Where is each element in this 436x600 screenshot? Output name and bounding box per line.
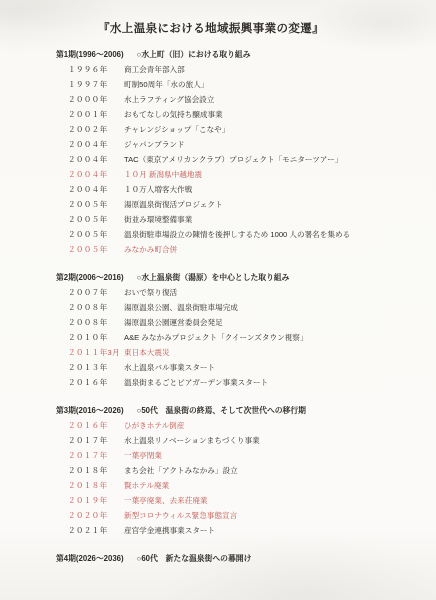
timeline-row: ２０１９年一葉亭廃業、去来荘廃業: [68, 493, 422, 508]
event-text: 水上温泉リノベーションまちづくり事業: [124, 433, 260, 448]
scanned-document-page: 『水上温泉における地域振興事業の変遷』 第1期(1996～2006)○水上町（旧…: [0, 0, 436, 600]
timeline-row: ２０１８年賢ホテル廃業: [68, 478, 422, 493]
year-label: ２０１７年: [68, 448, 116, 463]
timeline-row: １９９６年商工会青年部入部: [68, 62, 422, 77]
event-text: 賢ホテル廃業: [124, 478, 169, 493]
event-text: １０万人増客大作戦: [124, 182, 192, 197]
event-text: １０月 新潟県中越地震: [124, 167, 202, 182]
timeline-row: ２０１８年まち会社「アクトみなかみ」設立: [68, 463, 422, 478]
timeline-row: ２０１６年ひがきホテル倒産: [68, 418, 422, 433]
timeline-row: ２０１３年水上温泉バル事業スタート: [68, 360, 422, 375]
timeline-row: ２０１０年A&E みなかみプロジェクト「クイーンズタウン視察」: [68, 330, 422, 345]
timeline-row: ２００１年おもてなしの気持ち醸成事業: [68, 107, 422, 122]
event-text: 温泉街駐車場設立の陳情を後押しするため 1000 人の署名を集める: [124, 227, 350, 242]
event-text: 一葉亭閉業: [124, 448, 162, 463]
year-label: ２００４年: [68, 152, 116, 167]
section-heading: 第3期(2016～2026)○50代 温泉街の終焉、そして次世代への移行期: [56, 404, 422, 418]
section-label: ○水上町（旧）における取り組み: [137, 50, 251, 59]
event-text: 湯原温泉街復活プロジェクト: [124, 197, 223, 212]
timeline-row: ２００５年みなかみ町合併: [68, 242, 422, 257]
event-text: TAC（東京アメリカンクラブ）プロジェクト「モニターツアー」: [124, 152, 342, 167]
timeline-row: ２００４年１０万人増客大作戦: [68, 182, 422, 197]
year-label: ２００５年: [68, 212, 116, 227]
timeline-row: ２０１１年3月東日本大震災: [68, 345, 422, 360]
year-label: １９９６年: [68, 62, 116, 77]
timeline-row: １９９７年町制50周年「水の旅人」: [68, 77, 422, 92]
timeline-row: ２００５年湯原温泉街復活プロジェクト: [68, 197, 422, 212]
event-text: 温泉街まるごとビアガーデン事業スタート: [124, 375, 268, 390]
year-label: ２０１１年3月: [68, 345, 116, 360]
year-label: ２００４年: [68, 137, 116, 152]
timeline-row: ２０００年水上ラフティング協会設立: [68, 92, 422, 107]
timeline-row: ２００４年TAC（東京アメリカンクラブ）プロジェクト「モニターツアー」: [68, 152, 422, 167]
timeline-section: 第2期(2006～2016)○水上温泉街（湯原）を中心とした取り組み２００７年お…: [68, 271, 422, 390]
event-text: 商工会青年部入部: [124, 62, 185, 77]
year-label: ２０２１年: [68, 523, 116, 538]
year-label: ２０１０年: [68, 330, 116, 345]
timeline-row: ２００５年温泉街駐車場設立の陳情を後押しするため 1000 人の署名を集める: [68, 227, 422, 242]
section-period: 第2期(2006～2016): [56, 273, 124, 282]
year-label: ２００５年: [68, 197, 116, 212]
section-period: 第4期(2026～2036): [56, 554, 124, 563]
event-text: まち会社「アクトみなかみ」設立: [124, 463, 238, 478]
event-text: 湯原温泉公園運営委員会発足: [124, 315, 223, 330]
event-text: 東日本大震災: [124, 345, 170, 360]
event-text: ひがきホテル倒産: [124, 418, 184, 433]
year-label: １９９７年: [68, 77, 116, 92]
year-label: ２０１７年: [68, 433, 116, 448]
section-label: ○60代 新たな温泉街への幕開け: [137, 554, 252, 563]
year-label: ２００４年: [68, 182, 116, 197]
event-text: 湯原温泉公園、温泉街駐車場完成: [124, 300, 238, 315]
event-text: A&E みなかみプロジェクト「クイーンズタウン視察」: [124, 330, 307, 345]
event-text: ジャパンブランド: [124, 137, 185, 152]
year-label: ２０１３年: [68, 360, 116, 375]
year-label: ２０１８年: [68, 478, 116, 493]
event-text: 水上温泉バル事業スタート: [124, 360, 215, 375]
section-period: 第3期(2016～2026): [56, 406, 124, 415]
event-text: 新型コロナウィルス緊急事態宣言: [124, 508, 237, 523]
section-heading: 第2期(2006～2016)○水上温泉街（湯原）を中心とした取り組み: [56, 271, 422, 285]
timeline-row: ２０２１年産官学金連携事業スタート: [68, 523, 422, 538]
year-label: ２００５年: [68, 227, 116, 242]
timeline: 第1期(1996～2006)○水上町（旧）における取り組み１９９６年商工会青年部…: [68, 48, 422, 566]
timeline-row: ２００８年湯原温泉公園、温泉街駐車場完成: [68, 300, 422, 315]
year-label: ２０１６年: [68, 418, 116, 433]
year-label: ２０１８年: [68, 463, 116, 478]
year-label: ２００７年: [68, 285, 116, 300]
timeline-row: ２０１７年水上温泉リノベーションまちづくり事業: [68, 433, 422, 448]
year-label: ２０１９年: [68, 493, 116, 508]
event-text: 産官学金連携事業スタート: [124, 523, 215, 538]
year-label: ２０２０年: [68, 508, 116, 523]
event-text: みなかみ町合併: [124, 242, 177, 257]
event-text: おいで祭り復活: [124, 285, 177, 300]
year-label: ２００１年: [68, 107, 116, 122]
event-text: 一葉亭廃業、去来荘廃業: [124, 493, 208, 508]
year-label: ２００８年: [68, 300, 116, 315]
year-label: ２００４年: [68, 167, 116, 182]
event-text: おもてなしの気持ち醸成事業: [124, 107, 223, 122]
timeline-row: ２０１７年一葉亭閉業: [68, 448, 422, 463]
year-label: ２００５年: [68, 242, 116, 257]
event-text: 水上ラフティング協会設立: [124, 92, 214, 107]
timeline-section: 第1期(1996～2006)○水上町（旧）における取り組み１９９６年商工会青年部…: [68, 48, 422, 257]
year-label: ２００２年: [68, 122, 116, 137]
timeline-row: ２００２年チャレンジショップ「こなや」: [68, 122, 422, 137]
event-text: チャレンジショップ「こなや」: [124, 122, 229, 137]
timeline-row: ２００４年ジャパンブランド: [68, 137, 422, 152]
timeline-row: ２００７年おいで祭り復活: [68, 285, 422, 300]
section-period: 第1期(1996～2006): [56, 50, 124, 59]
event-text: 町制50周年「水の旅人」: [124, 77, 208, 92]
section-label: ○水上温泉街（湯原）を中心とした取り組み: [137, 273, 290, 282]
section-label: ○50代 温泉街の終焉、そして次世代への移行期: [137, 406, 306, 415]
timeline-row: ２０２０年新型コロナウィルス緊急事態宣言: [68, 508, 422, 523]
timeline-section: 第3期(2016～2026)○50代 温泉街の終焉、そして次世代への移行期２０１…: [68, 404, 422, 538]
timeline-row: ２００８年湯原温泉公園運営委員会発足: [68, 315, 422, 330]
timeline-row: ２００５年街並み環境整備事業: [68, 212, 422, 227]
event-text: 街並み環境整備事業: [124, 212, 192, 227]
year-label: ２０１６年: [68, 375, 116, 390]
timeline-row: ２００４年１０月 新潟県中越地震: [68, 167, 422, 182]
section-heading: 第4期(2026～2036)○60代 新たな温泉街への幕開け: [56, 552, 422, 566]
year-label: ２００８年: [68, 315, 116, 330]
section-heading: 第1期(1996～2006)○水上町（旧）における取り組み: [56, 48, 422, 62]
timeline-row: ２０１６年温泉街まるごとビアガーデン事業スタート: [68, 375, 422, 390]
year-label: ２０００年: [68, 92, 116, 107]
timeline-section: 第4期(2026～2036)○60代 新たな温泉街への幕開け: [68, 552, 422, 566]
page-title: 『水上温泉における地域振興事業の変遷』: [98, 20, 422, 36]
